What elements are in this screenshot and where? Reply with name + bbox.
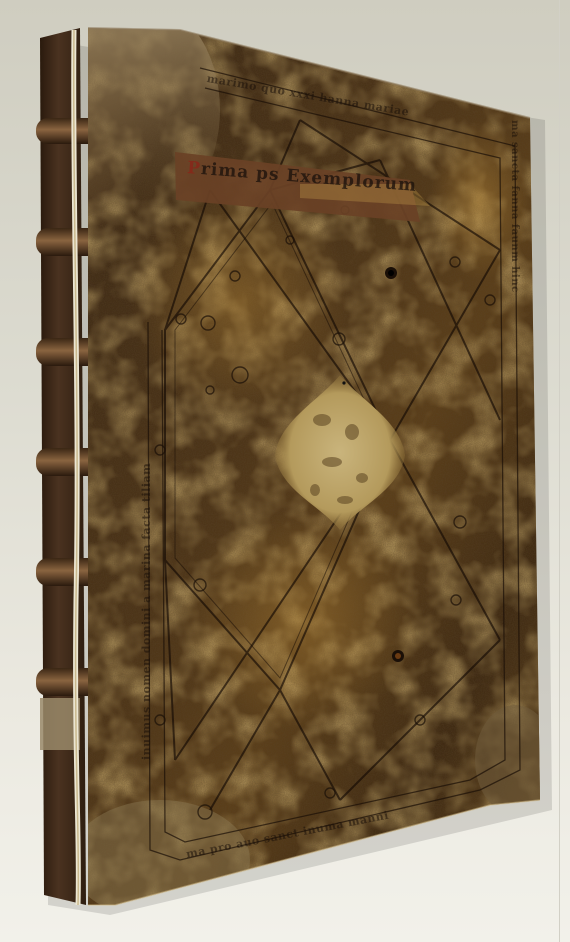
- inscription-left: inuimus nomen domini a marina facta tili…: [140, 463, 153, 760]
- book-photograph: Prima ps Exemplorum marimo quo xxxi hann…: [0, 0, 570, 942]
- book-illustration: [0, 0, 570, 942]
- inscription-right: ma sancta fanna faunm hinc: [509, 120, 520, 293]
